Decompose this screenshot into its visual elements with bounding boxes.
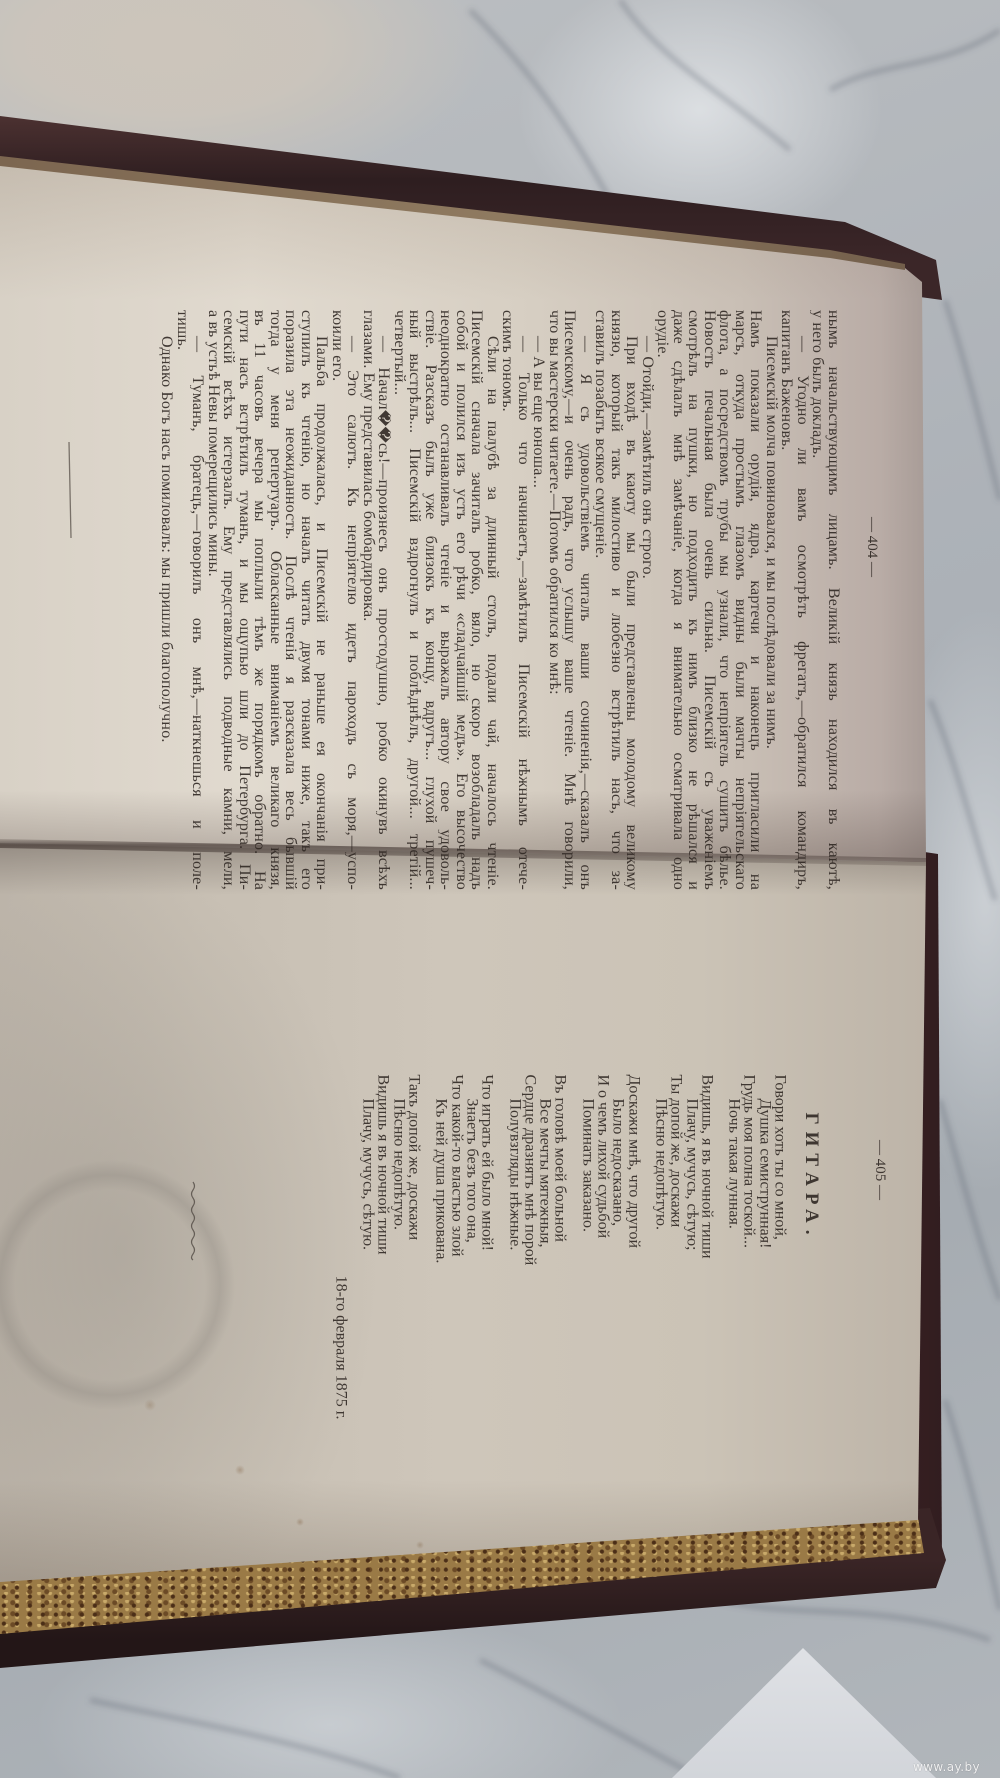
watermark: www.ay.by — [913, 1760, 980, 1774]
wavy-divider — [0, 0, 1000, 1778]
